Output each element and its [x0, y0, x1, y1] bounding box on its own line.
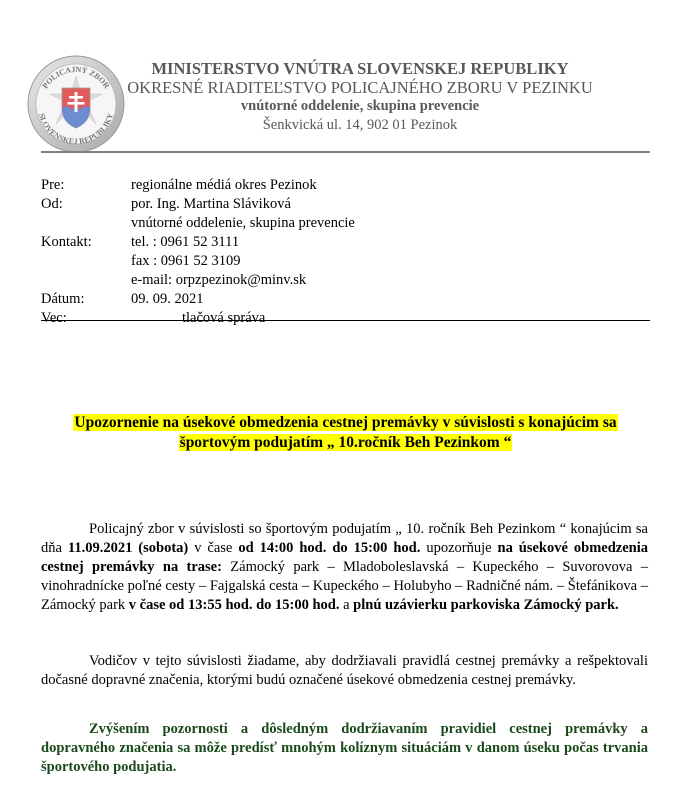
event-date: 11.09.2021 (sobota) — [68, 540, 188, 556]
meta-row-vec: Vec: tlačová správa — [41, 309, 355, 328]
paragraph-drivers-request: Vodičov v tejto súvislosti žiadame, aby … — [41, 652, 648, 690]
letterhead-divider — [41, 151, 650, 153]
title-line-1: Upozornenie na úsekové obmedzenia cestne… — [73, 414, 617, 431]
department-name: vnútorné oddelenie, skupina prevencie — [118, 97, 602, 116]
meta-value: vnútorné oddelenie, skupina prevencie — [131, 214, 355, 233]
meta-row-fax: fax : 0961 52 3109 — [41, 252, 355, 271]
meta-value: regionálne médiá okres Pezinok — [131, 176, 317, 195]
meta-row-email: e-mail: orpzpezinok@minv.sk — [41, 271, 355, 290]
event-time: od 14:00 hod. do 15:00 hod. — [238, 540, 420, 556]
meta-label-empty — [41, 252, 131, 271]
text: a — [339, 597, 353, 613]
meta-label: Od: — [41, 195, 131, 214]
text: upozorňuje — [420, 540, 497, 556]
meta-value-date: 09. 09. 2021 — [131, 290, 204, 309]
press-release-title: Upozornenie na úsekové obmedzenia cestne… — [41, 413, 650, 453]
meta-label: Dátum: — [41, 290, 131, 309]
paragraph-safety-appeal: Zvýšením pozornosti a dôsledným dodržiav… — [41, 720, 648, 777]
meta-row-od-dept: vnútorné oddelenie, skupina prevencie — [41, 214, 355, 233]
meta-row-pre: Pre: regionálne médiá okres Pezinok — [41, 176, 355, 195]
meta-value: por. Ing. Martina Sláviková — [131, 195, 291, 214]
title-line-2: športovým podujatím „ 10.ročník Beh Pezi… — [179, 434, 513, 451]
directorate-name: OKRESNÉ RIADITEĽSTVO POLICAJNÉHO ZBORU V… — [118, 78, 602, 97]
parking-closure: plnú uzávierku parkoviska Zámocký park. — [353, 597, 619, 613]
meta-value-tel: tel. : 0961 52 3111 — [131, 233, 239, 252]
meta-label-empty — [41, 271, 131, 290]
meta-value-subject: tlačová správa — [131, 309, 265, 328]
meta-label: Vec: — [41, 309, 131, 328]
meta-row-kontakt: Kontakt: tel. : 0961 52 3111 — [41, 233, 355, 252]
meta-row-datum: Dátum: 09. 09. 2021 — [41, 290, 355, 309]
ministry-name: MINISTERSTVO VNÚTRA SLOVENSKEJ REPUBLIKY — [118, 59, 602, 78]
address: Šenkvická ul. 14, 902 01 Pezinok — [118, 116, 602, 135]
paragraph-announcement: Policajný zbor v súvislosti so športovým… — [41, 520, 648, 615]
meta-label: Kontakt: — [41, 233, 131, 252]
meta-row-od: Od: por. Ing. Martina Sláviková — [41, 195, 355, 214]
meta-value-email[interactable]: e-mail: orpzpezinok@minv.sk — [131, 271, 306, 290]
meta-label: Pre: — [41, 176, 131, 195]
police-badge-emblem-icon: POLICAJNÝ ZBOR SLOVENSKEJ REPUBLIKY — [26, 54, 126, 154]
meta-value-fax: fax : 0961 52 3109 — [131, 252, 241, 271]
closure-time: v čase od 13:55 hod. do 15:00 hod. — [129, 597, 340, 613]
meta-label-empty — [41, 214, 131, 233]
memo-meta: Pre: regionálne médiá okres Pezinok Od: … — [41, 176, 355, 328]
meta-divider — [41, 320, 650, 321]
text: v čase — [188, 540, 238, 556]
